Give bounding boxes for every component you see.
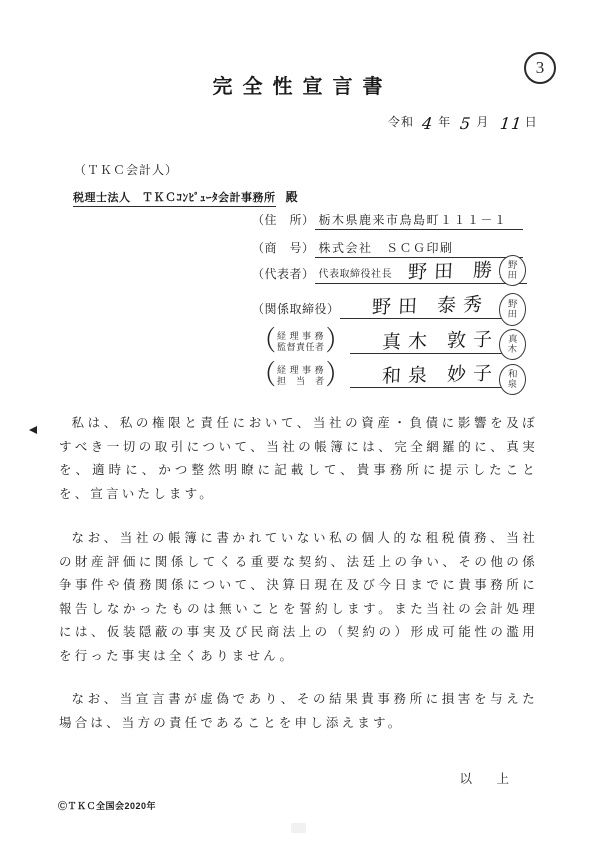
- accounting-supervisor-label: （ 経 理 事 務 監督責任者 ）: [252, 330, 350, 354]
- seal-char-bottom: 田: [507, 309, 517, 319]
- accounting-staff-label: （ 経 理 事 務 担 当 者 ）: [252, 364, 350, 388]
- close-paren: ）: [326, 362, 350, 390]
- accounting-supervisor-label-line1: 経 理 事 務: [277, 331, 325, 342]
- recipient-honorific: 殿: [286, 190, 298, 204]
- recipient-line: 税理士法人 ＴＫＣｺﾝﾋﾟｭｰﾀ会計事務所 殿: [73, 188, 298, 205]
- related-director-label: （関係取締役）: [252, 300, 340, 319]
- address-label: （住 所）: [252, 211, 315, 230]
- date-month-unit: 月: [476, 113, 489, 130]
- representative-label: （代表者）: [252, 265, 315, 284]
- related-director-underline: 野田 泰秀: [340, 296, 523, 319]
- accounting-staff-label-line2: 担 当 者: [277, 376, 325, 387]
- field-row-trade-name: （商 号） 株式会社 ＳＣＧ印刷: [252, 239, 523, 258]
- accounting-supervisor-hanko-seal: 真 木: [498, 328, 527, 360]
- address-underline: 栃木県鹿来市鳥島町１１１－１: [315, 211, 523, 230]
- accounting-staff-signature: 和泉 妙子: [381, 363, 499, 386]
- field-row-representative: （代表者） 代表取締役社長 野田 勝美: [252, 261, 523, 284]
- accounting-supervisor-signature: 真木 敦子: [381, 329, 499, 352]
- related-director-signature: 野田 泰秀: [371, 294, 489, 317]
- open-paren: （: [252, 362, 276, 390]
- accounting-supervisor-underline: 真木 敦子: [350, 331, 523, 354]
- document-title: 完全性宣言書: [0, 70, 595, 99]
- seal-char-bottom: 田: [507, 270, 517, 280]
- declaration-paragraph-2: なお、当社の帳簿に書かれていない私の個人的な租税債務、当社の財産評価に関係してく…: [59, 527, 538, 668]
- recipient-name: 税理士法人 ＴＫＣｺﾝﾋﾟｭｰﾀ会計事務所: [73, 192, 276, 207]
- seal-char-bottom: 木: [507, 344, 517, 354]
- declaration-paragraph-1: 私は、私の権限と責任において、当社の資産・負債に影響を及ぼすべき一切の取引につい…: [59, 412, 538, 506]
- close-paren: ）: [326, 328, 350, 356]
- scan-artifact: [291, 823, 306, 833]
- copyright-notice: ⒸＴＫＣ全国会2020年: [58, 799, 156, 812]
- representative-title: 代表取締役社長: [319, 265, 393, 282]
- field-row-accounting-staff: （ 経 理 事 務 担 当 者 ） 和泉 妙子: [252, 364, 523, 388]
- open-paren: （: [252, 328, 276, 356]
- field-row-accounting-supervisor: （ 経 理 事 務 監督責任者 ） 真木 敦子: [252, 330, 523, 354]
- trade-name-underline: 株式会社 ＳＣＧ印刷: [315, 239, 523, 258]
- accounting-supervisor-label-line2: 監督責任者: [277, 342, 325, 353]
- declaration-document-page: 3 完全性宣言書 令和 4 年 5 月 11 日 （ＴＫＣ会計人） 税理士法人 …: [0, 0, 595, 842]
- closing-phrase: 以 上: [459, 769, 515, 787]
- trade-name-label: （商 号）: [252, 239, 315, 258]
- date-day-unit: 日: [525, 113, 538, 130]
- address-value: 栃木県鹿来市鳥島町１１１－１: [319, 211, 508, 228]
- document-date: 令和 4 年 5 月 11 日: [388, 113, 538, 130]
- recipient-tag: （ＴＫＣ会計人）: [74, 161, 178, 178]
- seal-char-bottom: 泉: [507, 379, 517, 389]
- date-era: 令和: [388, 113, 414, 130]
- related-director-hanko-seal: 野 田: [498, 292, 527, 326]
- date-year-handwritten: 4: [421, 118, 433, 130]
- left-arrow-print-marker-icon: [29, 426, 37, 434]
- representative-underline: 代表取締役社長 野田 勝美: [315, 261, 528, 284]
- field-row-address: （住 所） 栃木県鹿来市鳥島町１１１－１: [252, 211, 523, 230]
- declaration-paragraph-3: なお、当宣言書が虚偽であり、その結果貴事務所に損害を与えた場合は、当方の責任であ…: [59, 688, 538, 735]
- date-month-handwritten: 5: [460, 118, 472, 130]
- accounting-staff-label-line1: 経 理 事 務: [277, 365, 325, 376]
- date-day-handwritten: 11: [500, 118, 524, 130]
- field-row-related-director: （関係取締役） 野田 泰秀: [252, 296, 523, 319]
- trade-name-value: 株式会社 ＳＣＧ印刷: [319, 239, 454, 256]
- accounting-staff-underline: 和泉 妙子: [350, 365, 523, 388]
- date-year-unit: 年: [438, 113, 451, 130]
- accounting-staff-hanko-seal: 和 泉: [498, 363, 527, 395]
